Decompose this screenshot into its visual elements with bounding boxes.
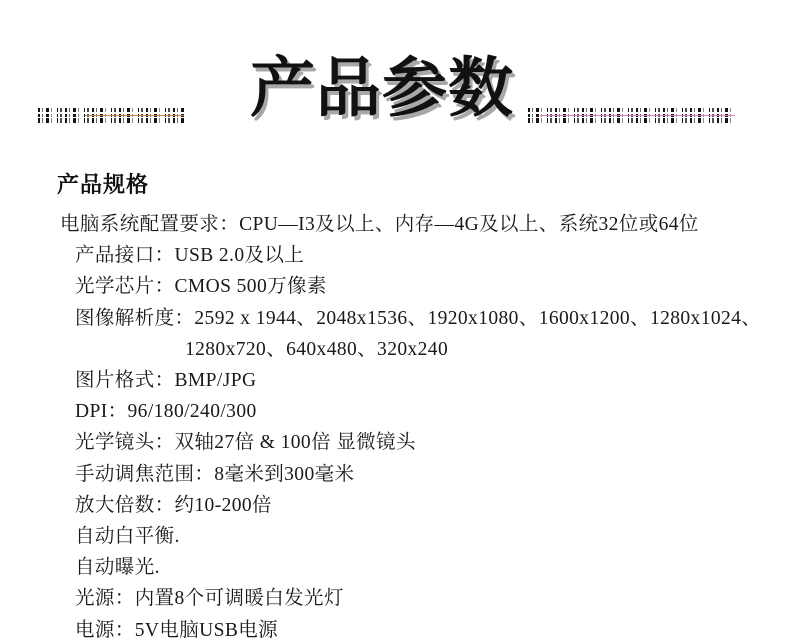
- spec-line-exposure: 自动曝光.: [75, 552, 770, 583]
- barcode-strip-icon: [528, 108, 736, 123]
- spec-line-resolution-continued: 1280x720、640x480、320x240: [185, 334, 770, 365]
- spec-line-white-balance: 自动白平衡.: [75, 521, 770, 552]
- spec-line-focus-range: 手动调焦范围：8毫米到300毫米: [75, 459, 770, 490]
- spec-line-sensor: 光学芯片：CMOS 500万像素: [75, 271, 770, 302]
- spec-line-lens: 光学镜头：双轴27倍 & 100倍 显微镜头: [75, 427, 770, 458]
- page-title: 产品参数: [250, 52, 514, 127]
- title-banner: 产品参数: [0, 0, 790, 160]
- spec-line-light-source: 光源：内置8个可调暖白发光灯: [75, 583, 770, 614]
- spec-line-image-format: 图片格式：BMP/JPG: [75, 365, 770, 396]
- spec-line-magnification: 放大倍数：约10-200倍: [75, 490, 770, 521]
- spec-line-power: 电源：5V电脑USB电源: [75, 615, 770, 642]
- section-heading: 产品规格: [57, 168, 149, 199]
- spec-line-system-requirements: 电脑系统配置要求：CPU—I3及以上、内存—4G及以上、系统32位或64位: [60, 209, 770, 240]
- barcode-strip-icon: [38, 108, 185, 123]
- spec-list: 电脑系统配置要求：CPU—I3及以上、内存—4G及以上、系统32位或64位 产品…: [60, 209, 770, 642]
- spec-line-interface: 产品接口：USB 2.0及以上: [75, 240, 770, 271]
- spec-line-dpi: DPI：96/180/240/300: [75, 396, 770, 427]
- spec-line-resolution: 图像解析度：2592 x 1944、2048x1536、1920x1080、16…: [75, 303, 770, 334]
